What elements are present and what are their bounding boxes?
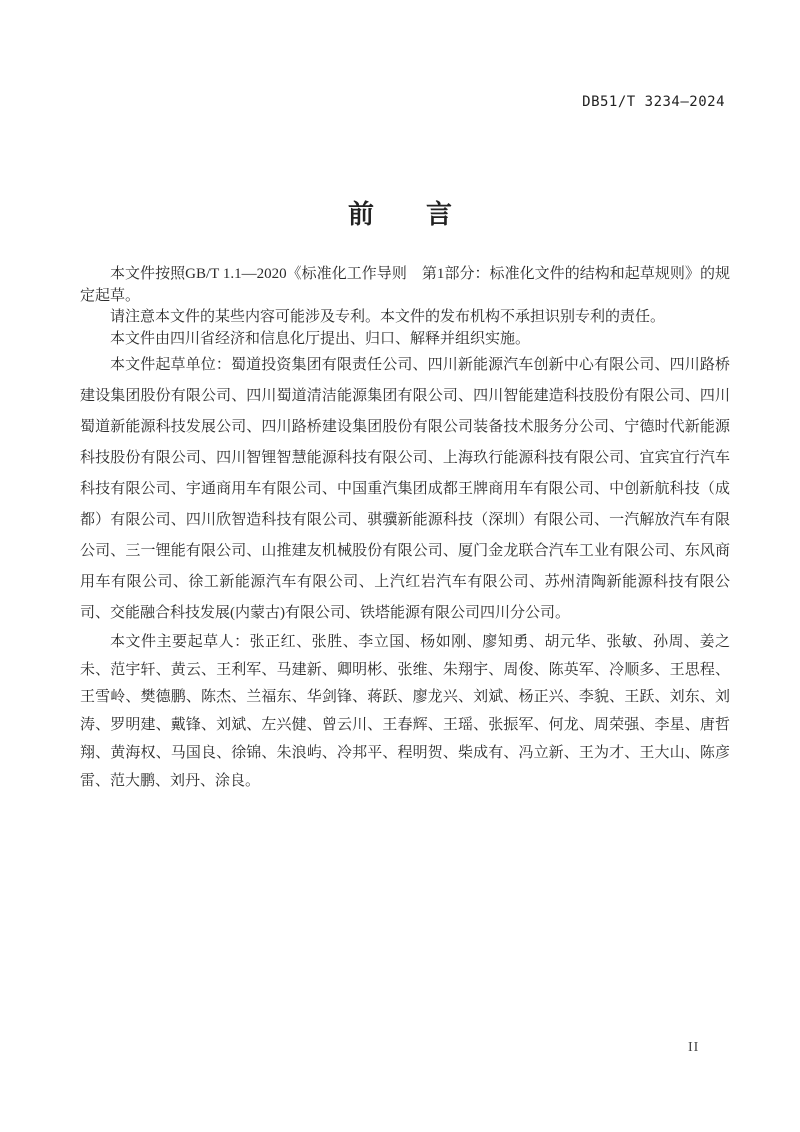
paragraph-patent-notice: 请注意本文件的某些内容可能涉及专利。本文件的发布机构不承担识别专利的责任。: [80, 307, 730, 329]
foreword-content: 本文件按照GB/T 1.1—2020《标准化工作导则 第1部分：标准化文件的结构…: [80, 264, 730, 795]
document-page: DB51/T 3234—2024 前 言 本文件按照GB/T 1.1—2020《…: [0, 0, 800, 1132]
standard-number: DB51/T 3234—2024: [582, 94, 725, 110]
paragraph-main-drafters: 本文件主要起草人：张正红、张胜、李立国、杨如刚、廖知勇、胡元华、张敏、孙周、姜之…: [80, 629, 730, 795]
paragraph-drafting-organizations: 本文件起草单位：蜀道投资集团有限责任公司、四川新能源汽车创新中心有限公司、四川路…: [80, 350, 730, 629]
page-number: II: [688, 1040, 699, 1055]
page-title: 前 言: [0, 194, 800, 231]
page-header: DB51/T 3234—2024: [0, 94, 725, 110]
paragraph-drafting-basis: 本文件按照GB/T 1.1—2020《标准化工作导则 第1部分：标准化文件的结构…: [80, 264, 730, 307]
page-footer: II: [688, 1040, 699, 1056]
paragraph-issuing-body: 本文件由四川省经济和信息化厅提出、归口、解释并组织实施。: [80, 329, 730, 351]
